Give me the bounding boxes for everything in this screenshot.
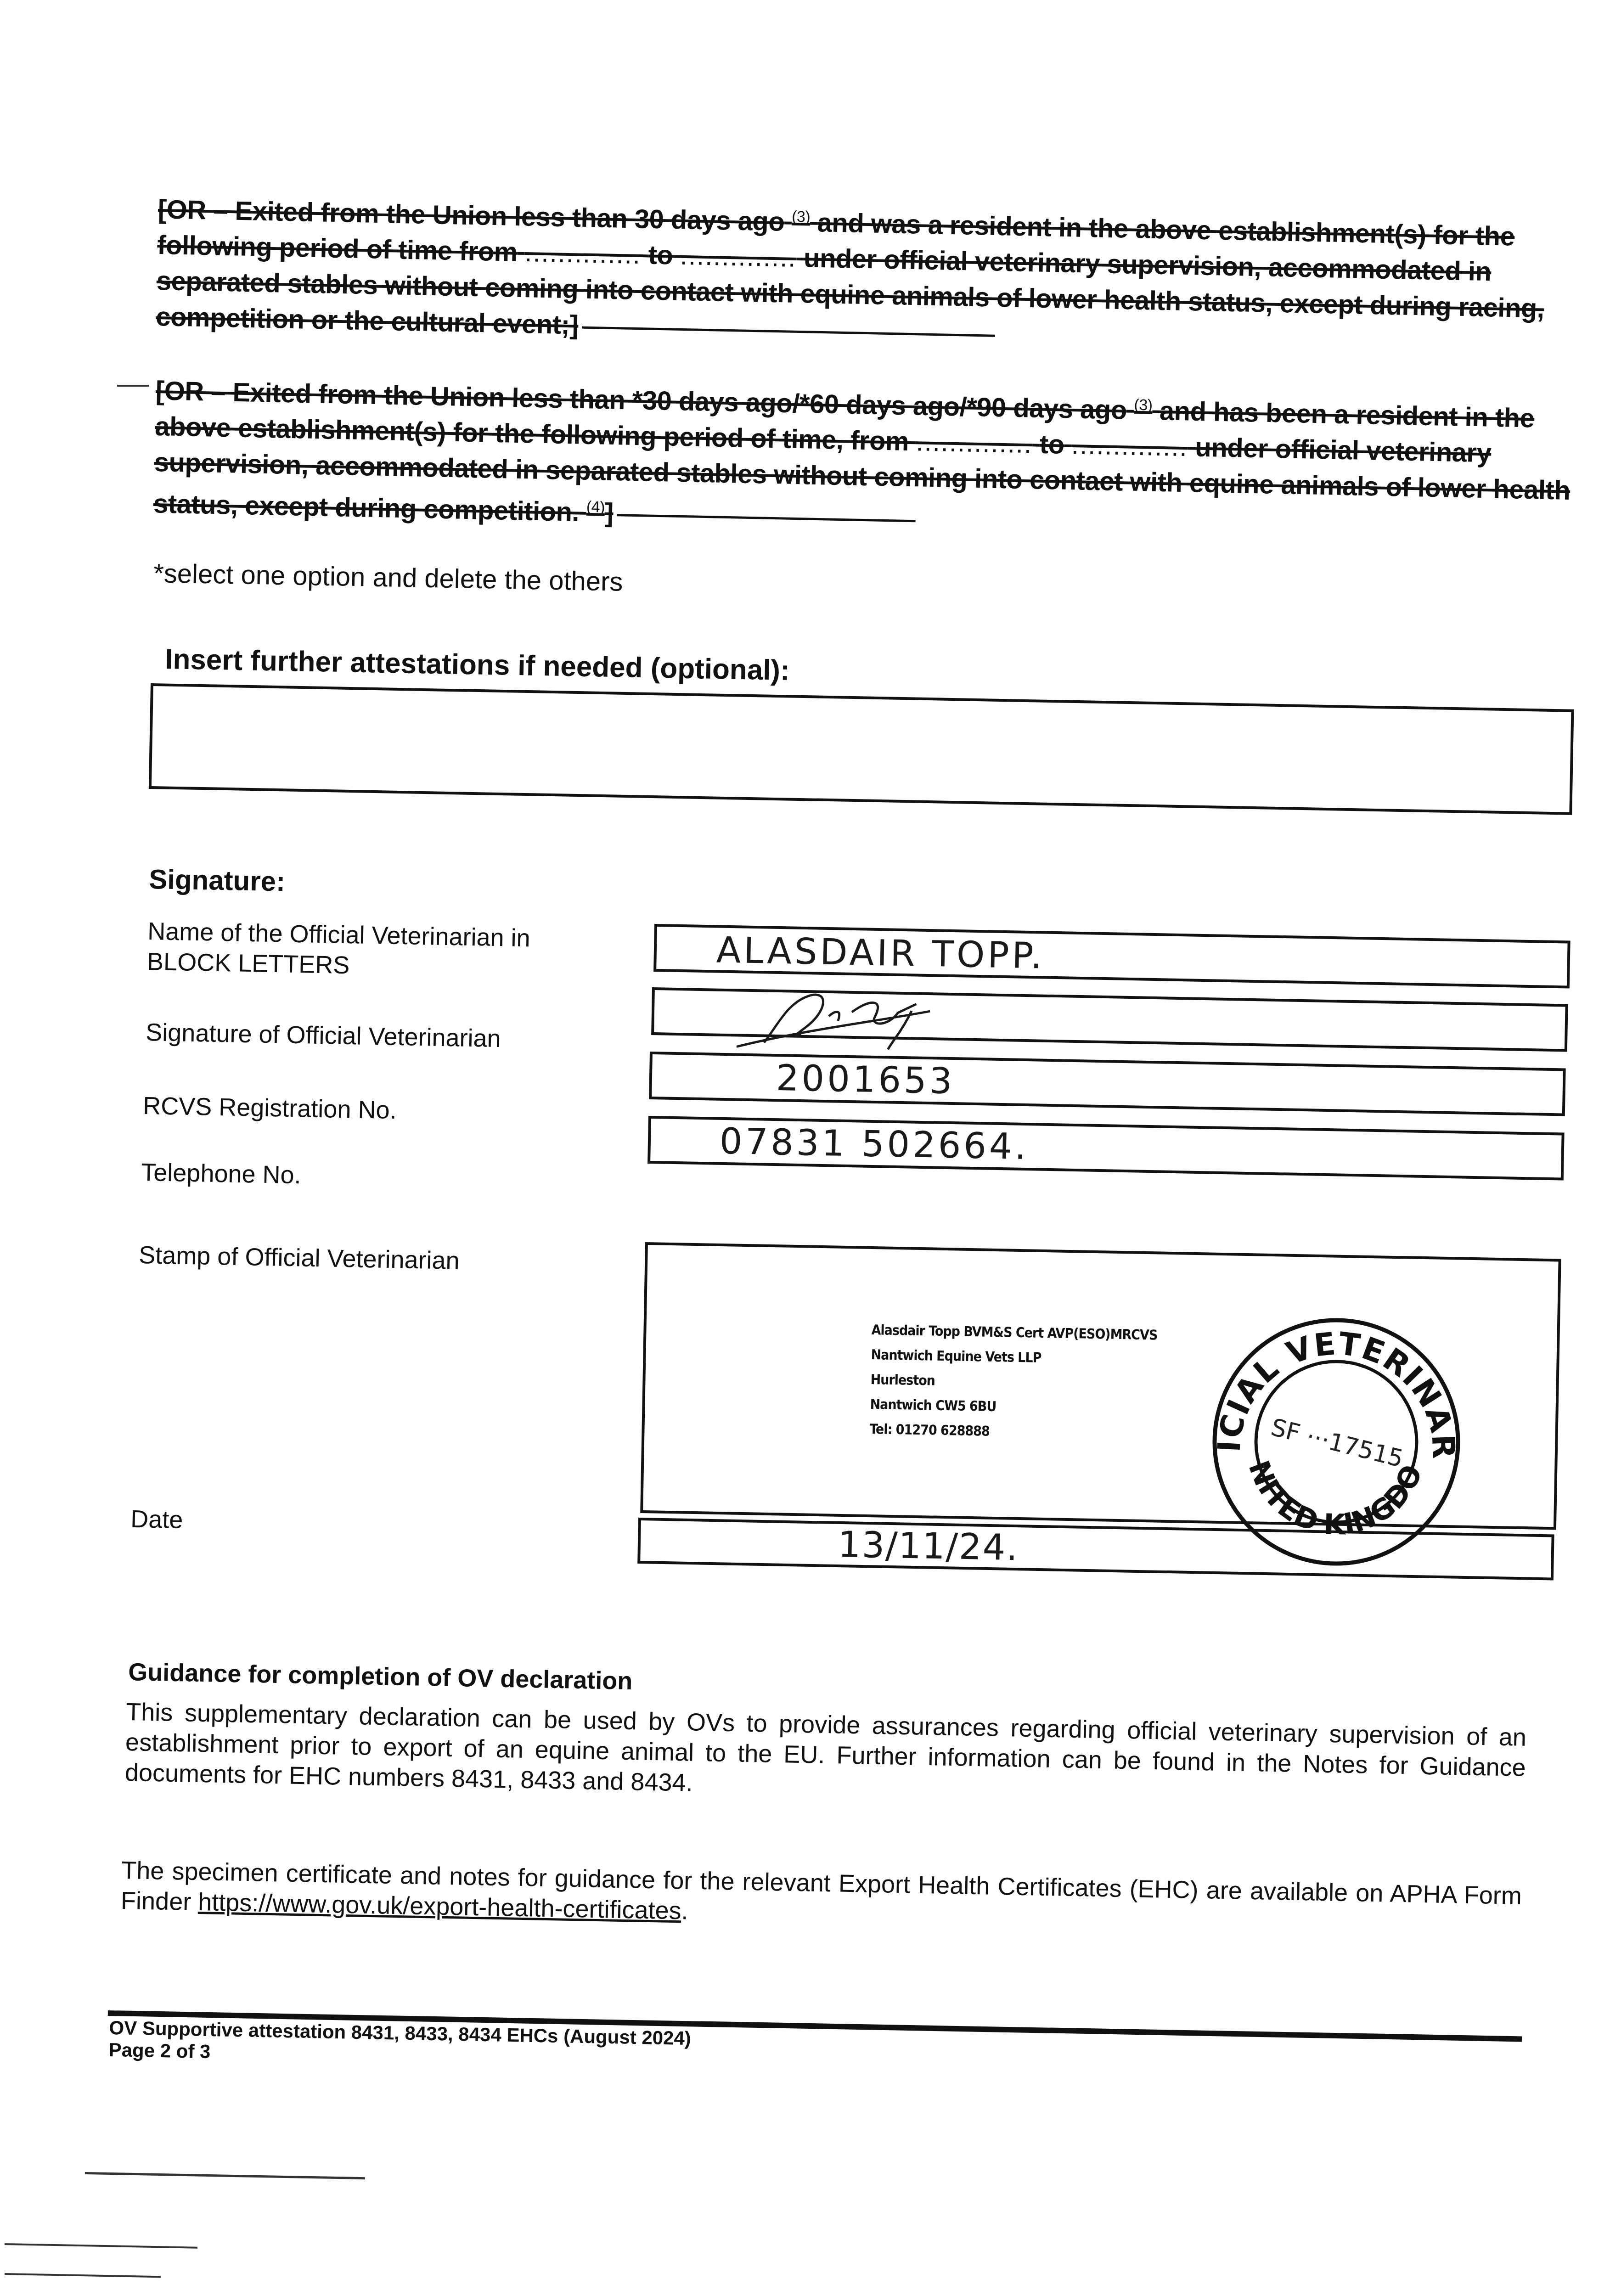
- guidance-paragraph-2: The specimen certificate and notes for g…: [121, 1855, 1522, 1941]
- scan-line: [5, 2243, 197, 2249]
- margin-dash: [117, 385, 149, 387]
- telephone-value: 07831 502664.: [719, 1121, 1029, 1168]
- footer: OV Supportive attestation 8431, 8433, 84…: [108, 2017, 691, 2071]
- date-label: Date: [130, 1504, 183, 1535]
- end-rule: [617, 514, 915, 522]
- or-option-2: [OR – Exited from the Union less than *3…: [153, 367, 1572, 550]
- scan-line: [5, 2273, 161, 2278]
- scanned-page: [OR – Exited from the Union less than 30…: [0, 0, 1610, 2296]
- date-value: 13/11/24.: [838, 1524, 1019, 1569]
- export-health-certificates-link[interactable]: https://www.gov.uk/export-health-certifi…: [198, 1888, 681, 1925]
- further-attestations-heading: Insert further attestations if needed (o…: [165, 643, 790, 687]
- ov-name-label: Name of the Official Veterinarian in BLO…: [147, 916, 531, 984]
- ov-signature-field[interactable]: [651, 987, 1568, 1052]
- rcvs-registration-label: RCVS Registration No.: [143, 1091, 397, 1125]
- rcvs-registration-value: 2001653: [776, 1058, 955, 1102]
- end-rule: [582, 326, 995, 337]
- telephone-field[interactable]: 07831 502664.: [647, 1116, 1565, 1181]
- guidance-heading: Guidance for completion of OV declaratio…: [128, 1658, 633, 1695]
- stamp-address: Alasdair Topp BVM&S Cert AVP(ESO)MRCVS N…: [869, 1318, 1158, 1447]
- ov-signature-label: Signature of Official Veterinarian: [146, 1017, 501, 1054]
- stamp-label: Stamp of Official Veterinarian: [139, 1240, 460, 1276]
- select-option-note: *select one option and delete the others: [153, 558, 623, 597]
- signature-heading: Signature:: [149, 863, 286, 897]
- scan-line: [85, 2172, 365, 2179]
- rcvs-registration-field[interactable]: 2001653: [649, 1052, 1566, 1116]
- further-attestations-input[interactable]: [149, 683, 1574, 815]
- telephone-label: Telephone No.: [141, 1157, 301, 1190]
- svg-text:SF ···17515: SF ···17515: [1268, 1413, 1406, 1473]
- guidance-paragraph-1: This supplementary declaration can be us…: [124, 1697, 1526, 1813]
- or-option-1: [OR – Exited from the Union less than 30…: [155, 186, 1546, 363]
- ov-name-value: ALASDAIR TOPP.: [716, 929, 1045, 977]
- ov-name-field[interactable]: ALASDAIR TOPP.: [653, 924, 1571, 989]
- signature-scribble-icon: [736, 982, 995, 1056]
